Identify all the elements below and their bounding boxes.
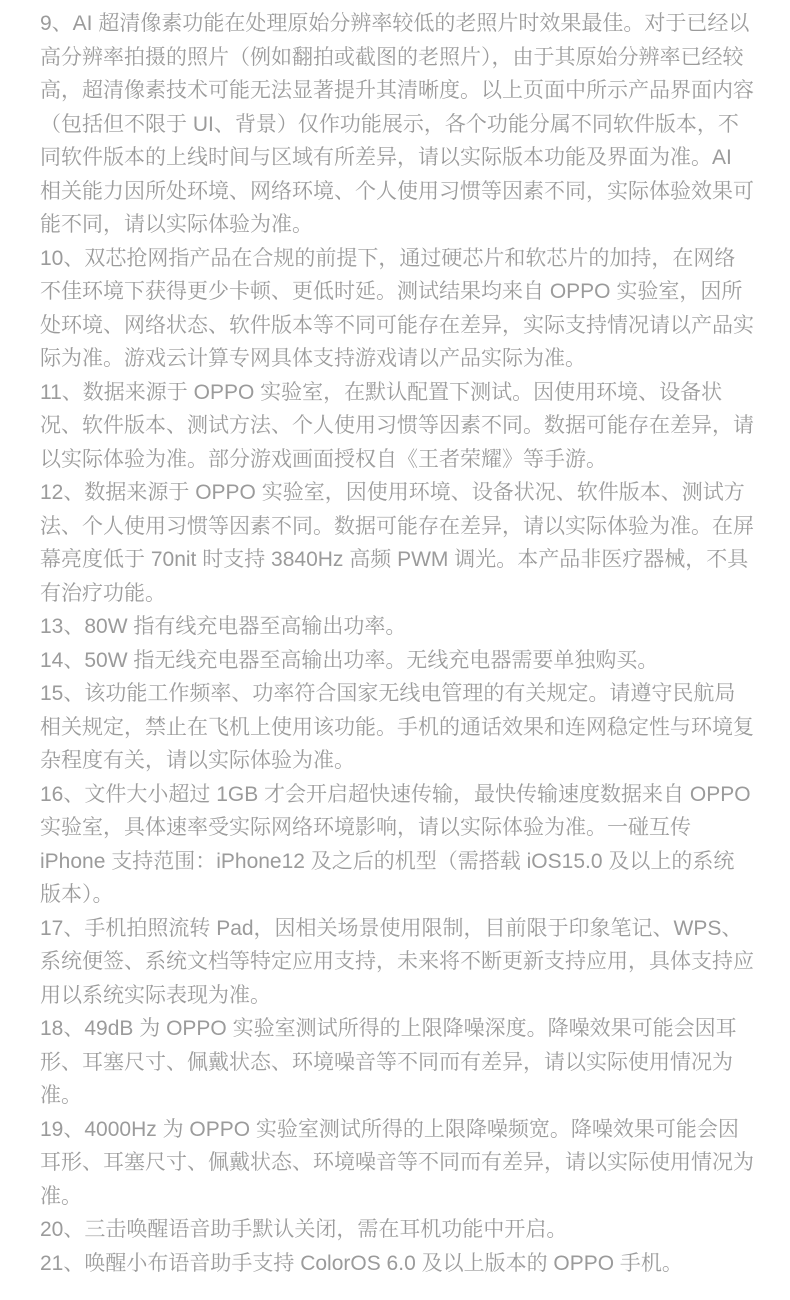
disclaimer-note: 18、49dB 为 OPPO 实验室测试所得的上限降噪深度。降噪效果可能会因耳形… — [40, 1012, 754, 1113]
disclaimer-note: 17、手机拍照流转 Pad，因相关场景使用限制，目前限于印象笔记、WPS、系统便… — [40, 912, 754, 1013]
disclaimer-note: 16、文件大小超过 1GB 才会开启超快速传输，最快传输速度数据来自 OPPO … — [40, 778, 754, 912]
disclaimer-note: 9、AI 超清像素功能在处理原始分辨率较低的老照片时效果最佳。对于已经以高分辨率… — [40, 7, 754, 242]
disclaimer-note: 12、数据来源于 OPPO 实验室，因使用环境、设备状况、软件版本、测试方法、个… — [40, 476, 754, 610]
disclaimer-note: 15、该功能工作频率、功率符合国家无线电管理的有关规定。请遵守民航局相关规定，禁… — [40, 677, 754, 778]
disclaimer-note: 14、50W 指无线充电器至高输出功率。无线充电器需要单独购买。 — [40, 644, 754, 678]
disclaimer-note: 11、数据来源于 OPPO 实验室，在默认配置下测试。因使用环境、设备状况、软件… — [40, 376, 754, 477]
disclaimer-notes-list: 9、AI 超清像素功能在处理原始分辨率较低的老照片时效果最佳。对于已经以高分辨率… — [40, 7, 754, 1280]
disclaimer-page: 9、AI 超清像素功能在处理原始分辨率较低的老照片时效果最佳。对于已经以高分辨率… — [0, 0, 790, 1300]
disclaimer-note: 10、双芯抢网指产品在合规的前提下，通过硬芯片和软芯片的加持，在网络不佳环境下获… — [40, 242, 754, 376]
disclaimer-note: 19、4000Hz 为 OPPO 实验室测试所得的上限降噪频宽。降噪效果可能会因… — [40, 1113, 754, 1214]
disclaimer-note: 20、三击唤醒语音助手默认关闭，需在耳机功能中开启。 — [40, 1213, 754, 1247]
disclaimer-note: 21、唤醒小布语音助手支持 ColorOS 6.0 及以上版本的 OPPO 手机… — [40, 1247, 754, 1281]
disclaimer-note: 13、80W 指有线充电器至高输出功率。 — [40, 610, 754, 644]
